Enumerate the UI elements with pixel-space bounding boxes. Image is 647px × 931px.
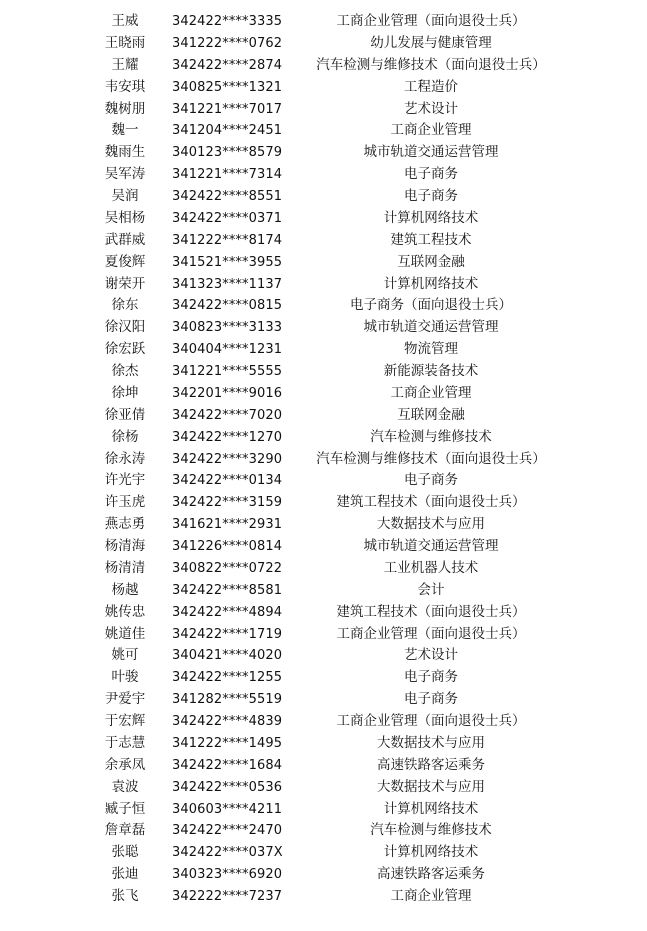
id-number-masked: 341621****2931 — [172, 514, 292, 536]
student-name: 吴润 — [85, 186, 165, 208]
id-number-masked: 342422****3335 — [172, 11, 292, 33]
table-row: 魏雨生340123****8579城市轨道交通运营管理 — [0, 142, 647, 164]
major-name: 城市轨道交通运营管理 — [301, 317, 561, 339]
major-name: 高速铁路客运乘务 — [301, 864, 561, 886]
table-row: 王威342422****3335工商企业管理（面向退役士兵） — [0, 11, 647, 33]
major-name: 计算机网络技术 — [301, 799, 561, 821]
table-row: 徐汉阳340823****3133城市轨道交通运营管理 — [0, 317, 647, 339]
id-number-masked: 342422****1270 — [172, 427, 292, 449]
id-number-masked: 341222****1495 — [172, 733, 292, 755]
table-row: 徐永涛342422****3290汽车检测与维修技术（面向退役士兵） — [0, 449, 647, 471]
student-name: 魏一 — [85, 120, 165, 142]
major-name: 艺术设计 — [301, 99, 561, 121]
student-name: 魏树朋 — [85, 99, 165, 121]
major-name: 电子商务 — [301, 689, 561, 711]
student-name: 袁波 — [85, 777, 165, 799]
id-number-masked: 342422****3290 — [172, 449, 292, 471]
id-number-masked: 342422****8581 — [172, 580, 292, 602]
student-name: 徐亚倩 — [85, 405, 165, 427]
id-number-masked: 341521****3955 — [172, 252, 292, 274]
major-name: 大数据技术与应用 — [301, 514, 561, 536]
student-name: 尹爱宇 — [85, 689, 165, 711]
id-number-masked: 341282****5519 — [172, 689, 292, 711]
table-row: 于宏辉342422****4839工商企业管理（面向退役士兵） — [0, 711, 647, 733]
student-name: 叶骏 — [85, 667, 165, 689]
major-name: 计算机网络技术 — [301, 842, 561, 864]
id-number-masked: 340823****3133 — [172, 317, 292, 339]
student-name: 姚可 — [85, 645, 165, 667]
major-name: 建筑工程技术 — [301, 230, 561, 252]
major-name: 大数据技术与应用 — [301, 733, 561, 755]
major-name: 计算机网络技术 — [301, 208, 561, 230]
major-name: 建筑工程技术（面向退役士兵） — [301, 492, 561, 514]
student-name: 张聪 — [85, 842, 165, 864]
table-row: 尹爱宇341282****5519电子商务 — [0, 689, 647, 711]
table-row: 詹章磊342422****2470汽车检测与维修技术 — [0, 820, 647, 842]
student-name: 于志慧 — [85, 733, 165, 755]
id-number-masked: 340323****6920 — [172, 864, 292, 886]
table-row: 姚可340421****4020艺术设计 — [0, 645, 647, 667]
major-name: 电子商务 — [301, 667, 561, 689]
id-number-masked: 341221****7017 — [172, 99, 292, 121]
student-name: 韦安琪 — [85, 77, 165, 99]
major-name: 工商企业管理（面向退役士兵） — [301, 11, 561, 33]
table-row: 徐宏跃340404****1231物流管理 — [0, 339, 647, 361]
table-row: 袁波342422****0536大数据技术与应用 — [0, 777, 647, 799]
student-name: 徐东 — [85, 295, 165, 317]
table-row: 武群威341222****8174建筑工程技术 — [0, 230, 647, 252]
student-name: 余承凤 — [85, 755, 165, 777]
major-name: 工商企业管理（面向退役士兵） — [301, 711, 561, 733]
table-row: 余承凤342422****1684高速铁路客运乘务 — [0, 755, 647, 777]
id-number-masked: 341204****2451 — [172, 120, 292, 142]
major-name: 工程造价 — [301, 77, 561, 99]
id-number-masked: 342422****1719 — [172, 624, 292, 646]
id-number-masked: 342201****9016 — [172, 383, 292, 405]
student-name: 杨越 — [85, 580, 165, 602]
major-name: 城市轨道交通运营管理 — [301, 142, 561, 164]
id-number-masked: 342422****0371 — [172, 208, 292, 230]
id-number-masked: 340603****4211 — [172, 799, 292, 821]
id-number-masked: 342222****7237 — [172, 886, 292, 908]
student-name: 王晓雨 — [85, 33, 165, 55]
table-row: 张迪340323****6920高速铁路客运乘务 — [0, 864, 647, 886]
id-number-masked: 342422****0815 — [172, 295, 292, 317]
student-name: 徐永涛 — [85, 449, 165, 471]
id-number-masked: 340822****0722 — [172, 558, 292, 580]
table-row: 魏一341204****2451工商企业管理 — [0, 120, 647, 142]
student-name: 谢荣开 — [85, 274, 165, 296]
id-number-masked: 341221****5555 — [172, 361, 292, 383]
table-row: 夏俊辉341521****3955互联网金融 — [0, 252, 647, 274]
table-row: 徐东342422****0815电子商务（面向退役士兵） — [0, 295, 647, 317]
id-number-masked: 342422****2470 — [172, 820, 292, 842]
major-name: 电子商务 — [301, 470, 561, 492]
major-name: 城市轨道交通运营管理 — [301, 536, 561, 558]
id-number-masked: 341221****7314 — [172, 164, 292, 186]
id-number-masked: 342422****4839 — [172, 711, 292, 733]
table-row: 姚道佳342422****1719工商企业管理（面向退役士兵） — [0, 624, 647, 646]
student-name: 詹章磊 — [85, 820, 165, 842]
table-row: 姚传忠342422****4894建筑工程技术（面向退役士兵） — [0, 602, 647, 624]
major-name: 电子商务（面向退役士兵） — [301, 295, 561, 317]
table-row: 吴润342422****8551电子商务 — [0, 186, 647, 208]
student-name: 张飞 — [85, 886, 165, 908]
major-name: 互联网金融 — [301, 252, 561, 274]
id-number-masked: 342422****0134 — [172, 470, 292, 492]
student-name: 吴相杨 — [85, 208, 165, 230]
id-number-masked: 341222****8174 — [172, 230, 292, 252]
table-row: 叶骏342422****1255电子商务 — [0, 667, 647, 689]
id-number-masked: 342422****0536 — [172, 777, 292, 799]
table-row: 徐亚倩342422****7020互联网金融 — [0, 405, 647, 427]
major-name: 工业机器人技术 — [301, 558, 561, 580]
student-name: 王威 — [85, 11, 165, 33]
table-row: 吴军涛341221****7314电子商务 — [0, 164, 647, 186]
student-list-table: 王威342422****3335工商企业管理（面向退役士兵）王晓雨341222*… — [0, 11, 647, 908]
id-number-masked: 340825****1321 — [172, 77, 292, 99]
major-name: 汽车检测与维修技术 — [301, 820, 561, 842]
table-row: 谢荣开341323****1137计算机网络技术 — [0, 274, 647, 296]
id-number-masked: 340404****1231 — [172, 339, 292, 361]
student-name: 杨清海 — [85, 536, 165, 558]
student-name: 徐汉阳 — [85, 317, 165, 339]
id-number-masked: 340123****8579 — [172, 142, 292, 164]
id-number-masked: 342422****1684 — [172, 755, 292, 777]
student-name: 武群威 — [85, 230, 165, 252]
student-name: 徐宏跃 — [85, 339, 165, 361]
id-number-masked: 342422****2874 — [172, 55, 292, 77]
student-name: 魏雨生 — [85, 142, 165, 164]
major-name: 汽车检测与维修技术（面向退役士兵） — [301, 55, 561, 77]
table-row: 王耀342422****2874汽车检测与维修技术（面向退役士兵） — [0, 55, 647, 77]
student-name: 许光宇 — [85, 470, 165, 492]
table-row: 徐坤342201****9016工商企业管理 — [0, 383, 647, 405]
table-row: 杨清清340822****0722工业机器人技术 — [0, 558, 647, 580]
major-name: 互联网金融 — [301, 405, 561, 427]
student-name: 姚道佳 — [85, 624, 165, 646]
id-number-masked: 342422****4894 — [172, 602, 292, 624]
major-name: 高速铁路客运乘务 — [301, 755, 561, 777]
table-row: 许光宇342422****0134电子商务 — [0, 470, 647, 492]
student-name: 燕志勇 — [85, 514, 165, 536]
table-row: 徐杰341221****5555新能源装备技术 — [0, 361, 647, 383]
table-row: 臧子恒340603****4211计算机网络技术 — [0, 799, 647, 821]
major-name: 电子商务 — [301, 164, 561, 186]
major-name: 工商企业管理 — [301, 383, 561, 405]
table-row: 张飞342222****7237工商企业管理 — [0, 886, 647, 908]
table-row: 韦安琪340825****1321工程造价 — [0, 77, 647, 99]
student-name: 徐杨 — [85, 427, 165, 449]
student-name: 许玉虎 — [85, 492, 165, 514]
table-row: 魏树朋341221****7017艺术设计 — [0, 99, 647, 121]
id-number-masked: 341226****0814 — [172, 536, 292, 558]
student-name: 杨清清 — [85, 558, 165, 580]
table-row: 燕志勇341621****2931大数据技术与应用 — [0, 514, 647, 536]
table-row: 杨清海341226****0814城市轨道交通运营管理 — [0, 536, 647, 558]
id-number-masked: 342422****3159 — [172, 492, 292, 514]
major-name: 汽车检测与维修技术（面向退役士兵） — [301, 449, 561, 471]
id-number-masked: 342422****7020 — [172, 405, 292, 427]
student-name: 王耀 — [85, 55, 165, 77]
student-name: 徐坤 — [85, 383, 165, 405]
id-number-masked: 341222****0762 — [172, 33, 292, 55]
major-name: 大数据技术与应用 — [301, 777, 561, 799]
student-name: 吴军涛 — [85, 164, 165, 186]
major-name: 汽车检测与维修技术 — [301, 427, 561, 449]
major-name: 会计 — [301, 580, 561, 602]
student-name: 徐杰 — [85, 361, 165, 383]
student-name: 张迪 — [85, 864, 165, 886]
table-row: 吴相杨342422****0371计算机网络技术 — [0, 208, 647, 230]
major-name: 计算机网络技术 — [301, 274, 561, 296]
major-name: 建筑工程技术（面向退役士兵） — [301, 602, 561, 624]
major-name: 工商企业管理 — [301, 886, 561, 908]
table-row: 张聪342422****037X计算机网络技术 — [0, 842, 647, 864]
table-row: 杨越342422****8581会计 — [0, 580, 647, 602]
major-name: 电子商务 — [301, 186, 561, 208]
id-number-masked: 342422****1255 — [172, 667, 292, 689]
major-name: 工商企业管理 — [301, 120, 561, 142]
id-number-masked: 342422****8551 — [172, 186, 292, 208]
major-name: 物流管理 — [301, 339, 561, 361]
id-number-masked: 342422****037X — [172, 842, 292, 864]
table-row: 王晓雨341222****0762幼儿发展与健康管理 — [0, 33, 647, 55]
major-name: 工商企业管理（面向退役士兵） — [301, 624, 561, 646]
major-name: 幼儿发展与健康管理 — [301, 33, 561, 55]
major-name: 新能源装备技术 — [301, 361, 561, 383]
id-number-masked: 340421****4020 — [172, 645, 292, 667]
table-row: 于志慧341222****1495大数据技术与应用 — [0, 733, 647, 755]
student-name: 臧子恒 — [85, 799, 165, 821]
student-name: 姚传忠 — [85, 602, 165, 624]
major-name: 艺术设计 — [301, 645, 561, 667]
table-row: 许玉虎342422****3159建筑工程技术（面向退役士兵） — [0, 492, 647, 514]
id-number-masked: 341323****1137 — [172, 274, 292, 296]
student-name: 于宏辉 — [85, 711, 165, 733]
table-row: 徐杨342422****1270汽车检测与维修技术 — [0, 427, 647, 449]
student-name: 夏俊辉 — [85, 252, 165, 274]
